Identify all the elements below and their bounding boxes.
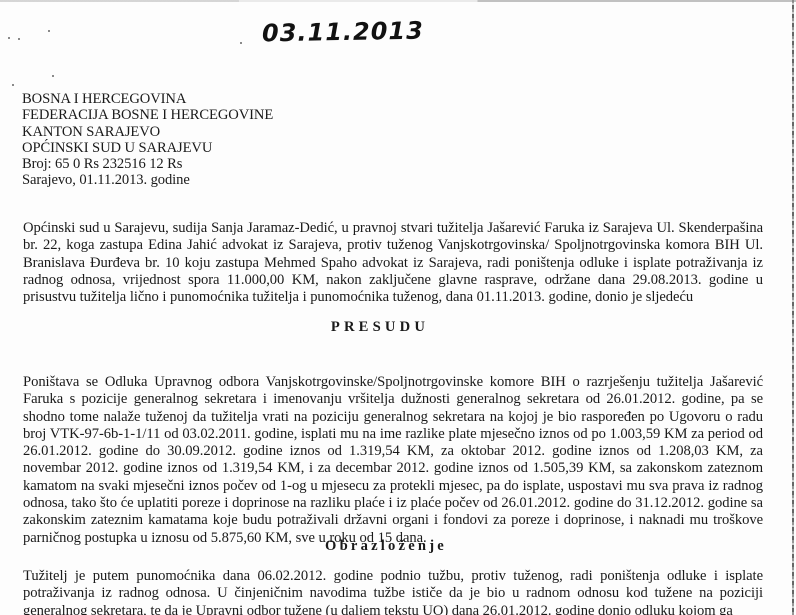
scan-speck [12, 84, 14, 86]
court-header: BOSNA I HERCEGOVINA FEDERACIJA BOSNE I H… [22, 91, 273, 189]
scan-speck [52, 75, 54, 77]
scanned-court-document-page: 03.11.2013 BOSNA I HERCEGOVINA FEDERACIJ… [0, 0, 796, 615]
reasoning-heading: Obrazloženje [0, 538, 784, 555]
scan-right-edge [792, 0, 794, 615]
verdict-paragraph: Poništava se Odluka Upravnog odbora Vanj… [23, 374, 763, 547]
header-canton: KANTON SARAJEVO [22, 124, 273, 140]
intro-paragraph: Općinski sud u Sarajevu, sudija Sanja Ja… [23, 220, 763, 306]
scan-speck [8, 37, 10, 39]
verdict-heading: PRESUDU [0, 319, 778, 336]
scan-top-edge [0, 0, 796, 2]
header-country: BOSNA I HERCEGOVINA [22, 91, 273, 107]
reasoning-paragraph: Tužitelj je putem punomoćnika dana 06.02… [23, 568, 763, 615]
header-place-date: Sarajevo, 01.11.2013. godine [22, 172, 273, 188]
header-federation: FEDERACIJA BOSNE I HERCEGOVINE [22, 107, 273, 123]
scan-speck [18, 38, 20, 40]
scan-speck [240, 42, 242, 44]
handwritten-date-stamp: 03.11.2013 [262, 17, 424, 48]
header-court: OPĆINSKI SUD U SARAJEVU [22, 140, 273, 156]
scan-speck [48, 30, 50, 32]
header-case-number: Broj: 65 0 Rs 232516 12 Rs [22, 156, 273, 172]
